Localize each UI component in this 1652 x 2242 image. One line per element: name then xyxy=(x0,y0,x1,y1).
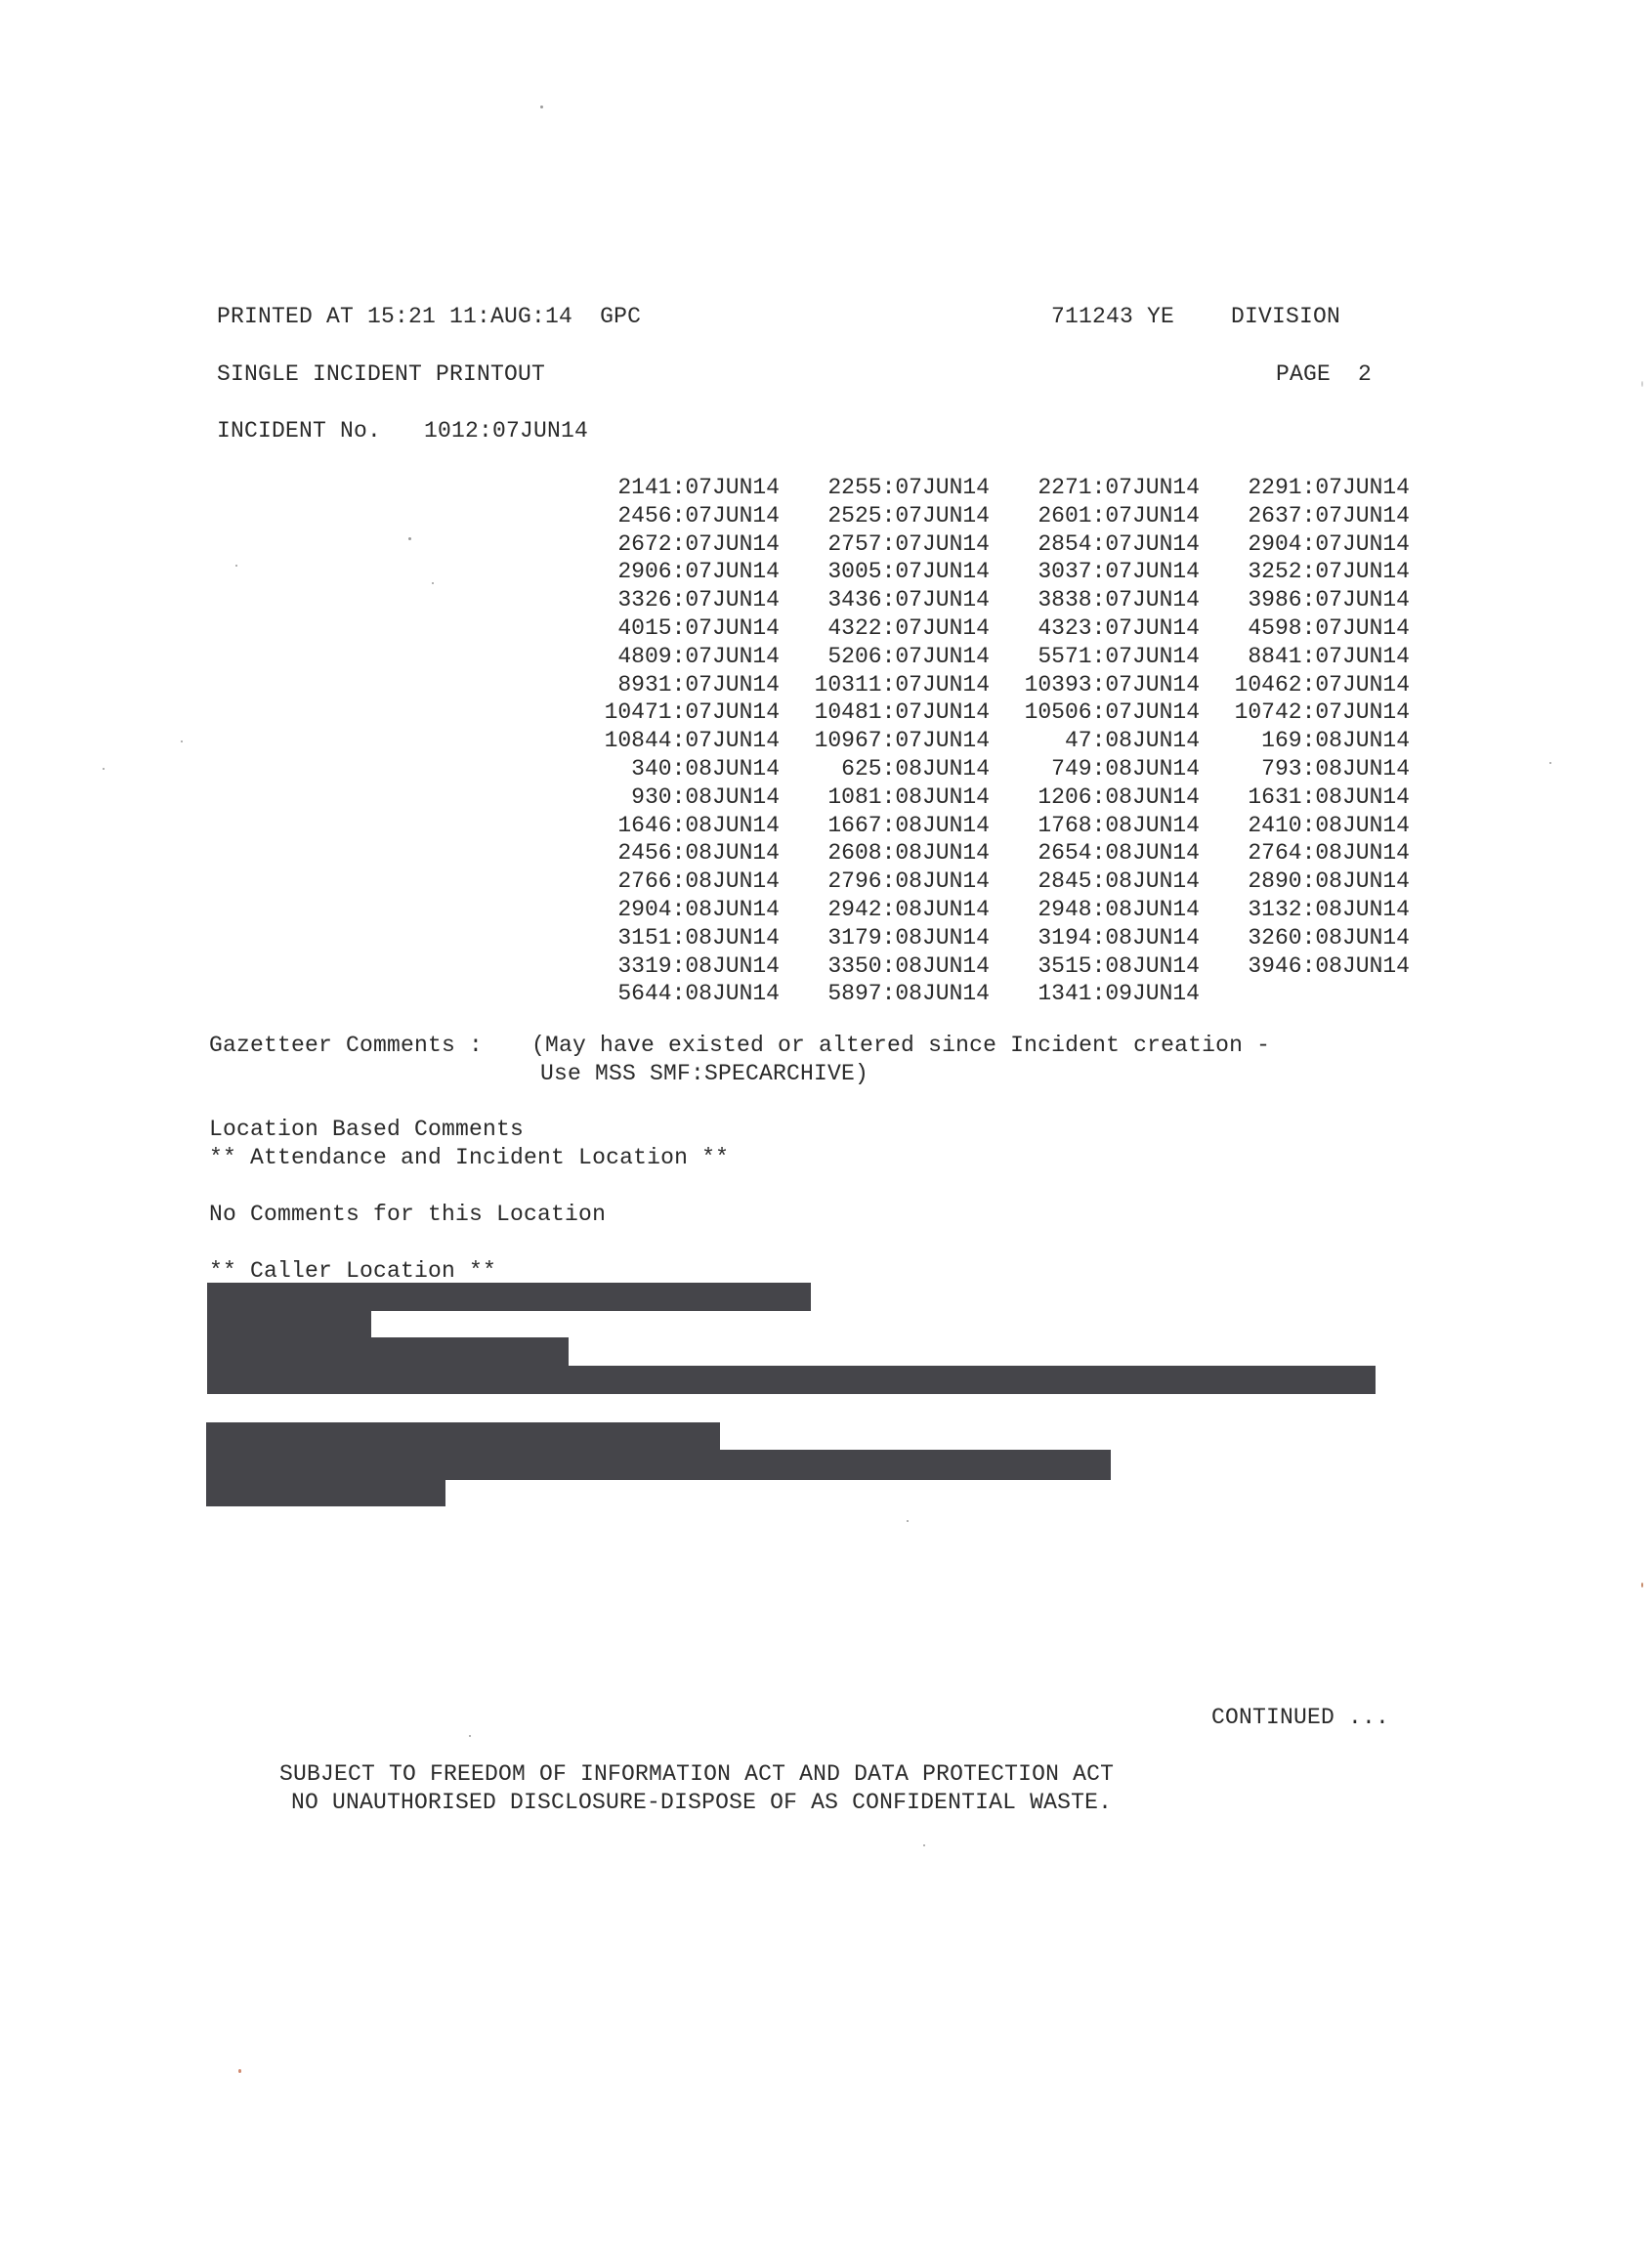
incident-reference: 5206:07JUN14 xyxy=(780,643,990,671)
scan-speck xyxy=(408,537,411,540)
incident-reference: 2904:08JUN14 xyxy=(570,896,780,924)
incident-row: 3326:07JUN143436:07JUN143838:07JUN143986… xyxy=(570,586,1410,614)
incident-reference: 10311:07JUN14 xyxy=(780,671,990,699)
scan-speck xyxy=(1549,762,1551,764)
division-label: DIVISION xyxy=(1231,303,1340,330)
foi-notice-line1: SUBJECT TO FREEDOM OF INFORMATION ACT AN… xyxy=(279,1760,1114,1788)
incident-reference: 3132:08JUN14 xyxy=(1200,896,1410,924)
incident-row: 5644:08JUN145897:08JUN141341:09JUN14 xyxy=(570,980,1410,1008)
incident-reference: 1631:08JUN14 xyxy=(1200,783,1410,812)
incident-reference: 2942:08JUN14 xyxy=(780,896,990,924)
incident-reference: 2410:08JUN14 xyxy=(1200,812,1410,840)
scan-speck xyxy=(1641,1583,1643,1587)
incident-reference: 3179:08JUN14 xyxy=(780,924,990,952)
incident-reference: 4809:07JUN14 xyxy=(570,643,780,671)
incident-reference: 2845:08JUN14 xyxy=(990,867,1200,896)
incident-reference: 930:08JUN14 xyxy=(570,783,780,812)
redaction-bar xyxy=(206,1422,720,1452)
incident-reference: 3946:08JUN14 xyxy=(1200,952,1410,981)
incident-reference: 2654:08JUN14 xyxy=(990,839,1200,867)
incident-reference: 1341:09JUN14 xyxy=(990,980,1200,1008)
scan-speck xyxy=(907,1520,909,1522)
incident-reference: 2854:07JUN14 xyxy=(990,530,1200,559)
incident-reference: 2890:08JUN14 xyxy=(1200,867,1410,896)
incident-reference: 2766:08JUN14 xyxy=(570,867,780,896)
scan-speck xyxy=(235,565,237,567)
incident-row: 3319:08JUN143350:08JUN143515:08JUN143946… xyxy=(570,952,1410,981)
incident-reference: 2948:08JUN14 xyxy=(990,896,1200,924)
incident-reference: 3252:07JUN14 xyxy=(1200,558,1410,586)
gazetteer-note-line2: Use MSS SMF:SPECARCHIVE) xyxy=(540,1060,868,1087)
scan-speck xyxy=(103,768,105,770)
incident-reference: 2637:07JUN14 xyxy=(1200,502,1410,530)
incident-reference: 1646:08JUN14 xyxy=(570,812,780,840)
incident-reference: 2672:07JUN14 xyxy=(570,530,780,559)
incident-row: 2766:08JUN142796:08JUN142845:08JUN142890… xyxy=(570,867,1410,896)
scan-speck xyxy=(540,106,543,108)
printed-at: PRINTED AT 15:21 11:AUG:14 GPC xyxy=(217,303,641,330)
incident-reference: 4015:07JUN14 xyxy=(570,614,780,643)
incident-reference: 3194:08JUN14 xyxy=(990,924,1200,952)
caller-location-heading: ** Caller Location ** xyxy=(209,1257,496,1285)
incident-reference: 3986:07JUN14 xyxy=(1200,586,1410,614)
location-comments-heading: Location Based Comments xyxy=(209,1116,524,1143)
incident-reference: 1081:08JUN14 xyxy=(780,783,990,812)
incident-reference: 793:08JUN14 xyxy=(1200,755,1410,783)
incident-row: 930:08JUN141081:08JUN141206:08JUN141631:… xyxy=(570,783,1410,812)
incident-reference: 2456:08JUN14 xyxy=(570,839,780,867)
incident-reference: 2904:07JUN14 xyxy=(1200,530,1410,559)
redaction-bar xyxy=(207,1366,1376,1394)
scan-speck xyxy=(1641,381,1643,387)
scan-speck xyxy=(238,2069,241,2073)
incident-reference: 4323:07JUN14 xyxy=(990,614,1200,643)
incident-reference: 10471:07JUN14 xyxy=(570,698,780,727)
incident-row: 10471:07JUN1410481:07JUN1410506:07JUN141… xyxy=(570,698,1410,727)
incident-reference: 10393:07JUN14 xyxy=(990,671,1200,699)
incident-reference: 5897:08JUN14 xyxy=(780,980,990,1008)
incident-row: 2672:07JUN142757:07JUN142854:07JUN142904… xyxy=(570,530,1410,559)
redaction-bar xyxy=(207,1337,569,1368)
incident-reference: 625:08JUN14 xyxy=(780,755,990,783)
incident-reference: 3005:07JUN14 xyxy=(780,558,990,586)
incident-reference: 8841:07JUN14 xyxy=(1200,643,1410,671)
gazetteer-note-line1: (May have existed or altered since Incid… xyxy=(531,1032,1270,1059)
incident-row: 2456:07JUN142525:07JUN142601:07JUN142637… xyxy=(570,502,1410,530)
reference-number: 711243 YE xyxy=(1051,303,1174,330)
incident-reference: 2601:07JUN14 xyxy=(990,502,1200,530)
gazetteer-label: Gazetteer Comments : xyxy=(209,1032,483,1059)
incident-row: 1646:08JUN141667:08JUN141768:08JUN142410… xyxy=(570,812,1410,840)
incident-row: 4015:07JUN144322:07JUN144323:07JUN144598… xyxy=(570,614,1410,643)
incident-reference: 340:08JUN14 xyxy=(570,755,780,783)
incident-reference: 4598:07JUN14 xyxy=(1200,614,1410,643)
redaction-bar xyxy=(207,1283,811,1311)
incident-row: 3151:08JUN143179:08JUN143194:08JUN143260… xyxy=(570,924,1410,952)
linked-incidents-grid: 2141:07JUN142255:07JUN142271:07JUN142291… xyxy=(570,474,1410,1008)
incident-row: 2904:08JUN142942:08JUN142948:08JUN143132… xyxy=(570,896,1410,924)
incident-reference: 2525:07JUN14 xyxy=(780,502,990,530)
incident-reference: 10742:07JUN14 xyxy=(1200,698,1410,727)
redaction-bar xyxy=(206,1450,1111,1480)
incident-reference: 3436:07JUN14 xyxy=(780,586,990,614)
incident-reference: 3037:07JUN14 xyxy=(990,558,1200,586)
incident-reference: 5571:07JUN14 xyxy=(990,643,1200,671)
incident-reference: 2764:08JUN14 xyxy=(1200,839,1410,867)
incident-row: 2141:07JUN142255:07JUN142271:07JUN142291… xyxy=(570,474,1410,502)
incident-reference: 2291:07JUN14 xyxy=(1200,474,1410,502)
incident-reference: 749:08JUN14 xyxy=(990,755,1200,783)
incident-reference: 3326:07JUN14 xyxy=(570,586,780,614)
incident-label: INCIDENT No. xyxy=(217,417,381,444)
incident-reference: 10462:07JUN14 xyxy=(1200,671,1410,699)
incident-number: 1012:07JUN14 xyxy=(424,417,588,444)
page-number: PAGE 2 xyxy=(1276,360,1372,388)
incident-reference: 3151:08JUN14 xyxy=(570,924,780,952)
scan-speck xyxy=(923,1844,925,1846)
incident-reference: 5644:08JUN14 xyxy=(570,980,780,1008)
no-comments-text: No Comments for this Location xyxy=(209,1201,606,1228)
incident-reference: 10481:07JUN14 xyxy=(780,698,990,727)
incident-reference: 2906:07JUN14 xyxy=(570,558,780,586)
incident-row: 4809:07JUN145206:07JUN145571:07JUN148841… xyxy=(570,643,1410,671)
scan-speck xyxy=(469,1735,471,1737)
incident-reference: 2608:08JUN14 xyxy=(780,839,990,867)
incident-reference: 2796:08JUN14 xyxy=(780,867,990,896)
incident-reference: 47:08JUN14 xyxy=(990,727,1200,755)
incident-row: 340:08JUN14625:08JUN14749:08JUN14793:08J… xyxy=(570,755,1410,783)
incident-row: 10844:07JUN1410967:07JUN1447:08JUN14169:… xyxy=(570,727,1410,755)
scan-speck xyxy=(181,740,183,742)
incident-reference: 2456:07JUN14 xyxy=(570,502,780,530)
incident-reference: 1667:08JUN14 xyxy=(780,812,990,840)
incident-reference: 3350:08JUN14 xyxy=(780,952,990,981)
incident-reference: 2255:07JUN14 xyxy=(780,474,990,502)
incident-reference: 10844:07JUN14 xyxy=(570,727,780,755)
incident-reference: 3838:07JUN14 xyxy=(990,586,1200,614)
attendance-location-heading: ** Attendance and Incident Location ** xyxy=(209,1144,729,1171)
incident-reference: 2271:07JUN14 xyxy=(990,474,1200,502)
incident-reference: 2141:07JUN14 xyxy=(570,474,780,502)
incident-reference: 3515:08JUN14 xyxy=(990,952,1200,981)
incident-reference: 3319:08JUN14 xyxy=(570,952,780,981)
foi-notice-line2: NO UNAUTHORISED DISCLOSURE-DISPOSE OF AS… xyxy=(291,1789,1112,1816)
incident-reference: 10506:07JUN14 xyxy=(990,698,1200,727)
incident-row: 2456:08JUN142608:08JUN142654:08JUN142764… xyxy=(570,839,1410,867)
incident-reference: 169:08JUN14 xyxy=(1200,727,1410,755)
incident-reference: 1206:08JUN14 xyxy=(990,783,1200,812)
continued-label: CONTINUED ... xyxy=(1211,1704,1389,1731)
incident-reference: 8931:07JUN14 xyxy=(570,671,780,699)
redaction-bar xyxy=(206,1478,445,1506)
incident-reference: 2757:07JUN14 xyxy=(780,530,990,559)
incident-reference: 1768:08JUN14 xyxy=(990,812,1200,840)
document-title: SINGLE INCIDENT PRINTOUT xyxy=(217,360,545,388)
incident-row: 8931:07JUN1410311:07JUN1410393:07JUN1410… xyxy=(570,671,1410,699)
scan-speck xyxy=(432,582,434,584)
incident-reference: 3260:08JUN14 xyxy=(1200,924,1410,952)
incident-reference: 4322:07JUN14 xyxy=(780,614,990,643)
incident-reference: 10967:07JUN14 xyxy=(780,727,990,755)
incident-row: 2906:07JUN143005:07JUN143037:07JUN143252… xyxy=(570,558,1410,586)
